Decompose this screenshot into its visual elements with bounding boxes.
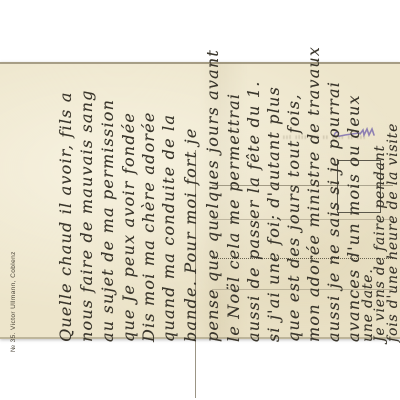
handwriting-line: Dis moi ma chère adorée [141, 111, 156, 342]
handwriting-line: mon adorée ministre de travaux [306, 46, 321, 342]
handwriting-line: aussi je ne sais si je pourrai [326, 81, 341, 342]
handwriting-line: si j'ai une foi; d'autant plus [266, 86, 281, 342]
publisher-imprint: № 35. Victor Ullmann, Coblenz [10, 226, 17, 352]
handwriting-line: que est des jours tout fois, [286, 93, 301, 342]
handwriting-line: le Noël cela me permettrai [226, 93, 241, 342]
handwriting-line: Quelle chaud il avoir, fils a [58, 91, 73, 342]
handwriting-line: aussi de passer la fête du 1. [246, 81, 261, 343]
handwriting-line: au sujet de ma permission [100, 99, 115, 342]
handwriting-line: nous faire de mauvais sang [79, 89, 94, 342]
handwriting-line: bande. Pour moi fort je [183, 127, 198, 342]
handwriting-line: que Je peux avoir fondée [121, 112, 136, 342]
handwriting-line: avances d'un mois ou deux [346, 94, 361, 342]
handwriting-line: pense que quelques jours avant [205, 49, 220, 342]
handwriting-line: fois d'une heure de la visite [386, 123, 400, 342]
scanned-postcard-page: № 35. Victor Ullmann, Coblenz ııl ılıı ı… [0, 0, 400, 400]
handwriting-line: quand ma conduite de la [161, 114, 176, 342]
